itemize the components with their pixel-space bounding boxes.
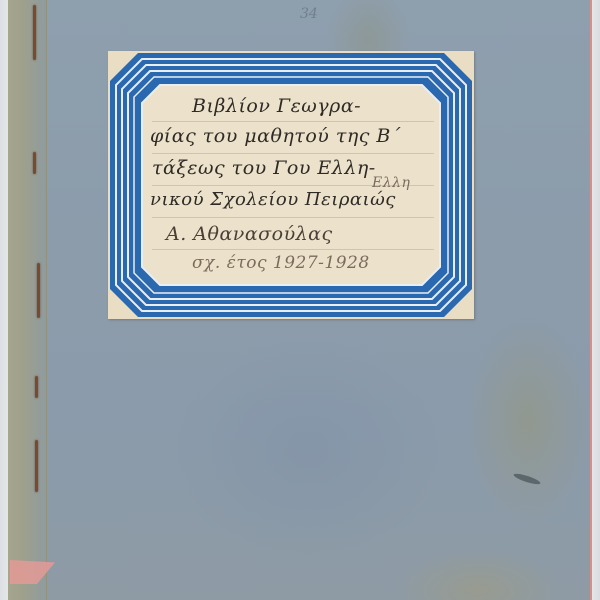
spine-stitch <box>37 263 40 318</box>
pencil-mark: 34 <box>300 6 318 22</box>
spine-stitch <box>35 440 38 492</box>
notebook-spine <box>8 0 47 600</box>
notebook-label: Βιβλίον Γεωγρα- φίας του μαθητού της Β΄ … <box>108 51 474 319</box>
spine-stitch <box>35 376 38 398</box>
label-line-5: Α. Αθανασούλας <box>166 223 333 245</box>
spine-stitch <box>33 5 36 60</box>
label-text-area: Βιβλίον Γεωγρα- φίας του μαθητού της Β΄ … <box>152 91 434 279</box>
label-line-6-school-year: σχ. έτος 1927-1928 <box>192 253 370 273</box>
label-line-2: φίας του μαθητού της Β΄ <box>150 125 401 147</box>
label-line-3: τάξεως του Γου Ελλη- <box>152 157 376 179</box>
label-line-1: Βιβλίον Γεωγρα- <box>192 95 361 117</box>
label-line-4: νικού Σχολείου Πειραιώς <box>150 189 396 210</box>
spine-stitch <box>33 152 36 174</box>
